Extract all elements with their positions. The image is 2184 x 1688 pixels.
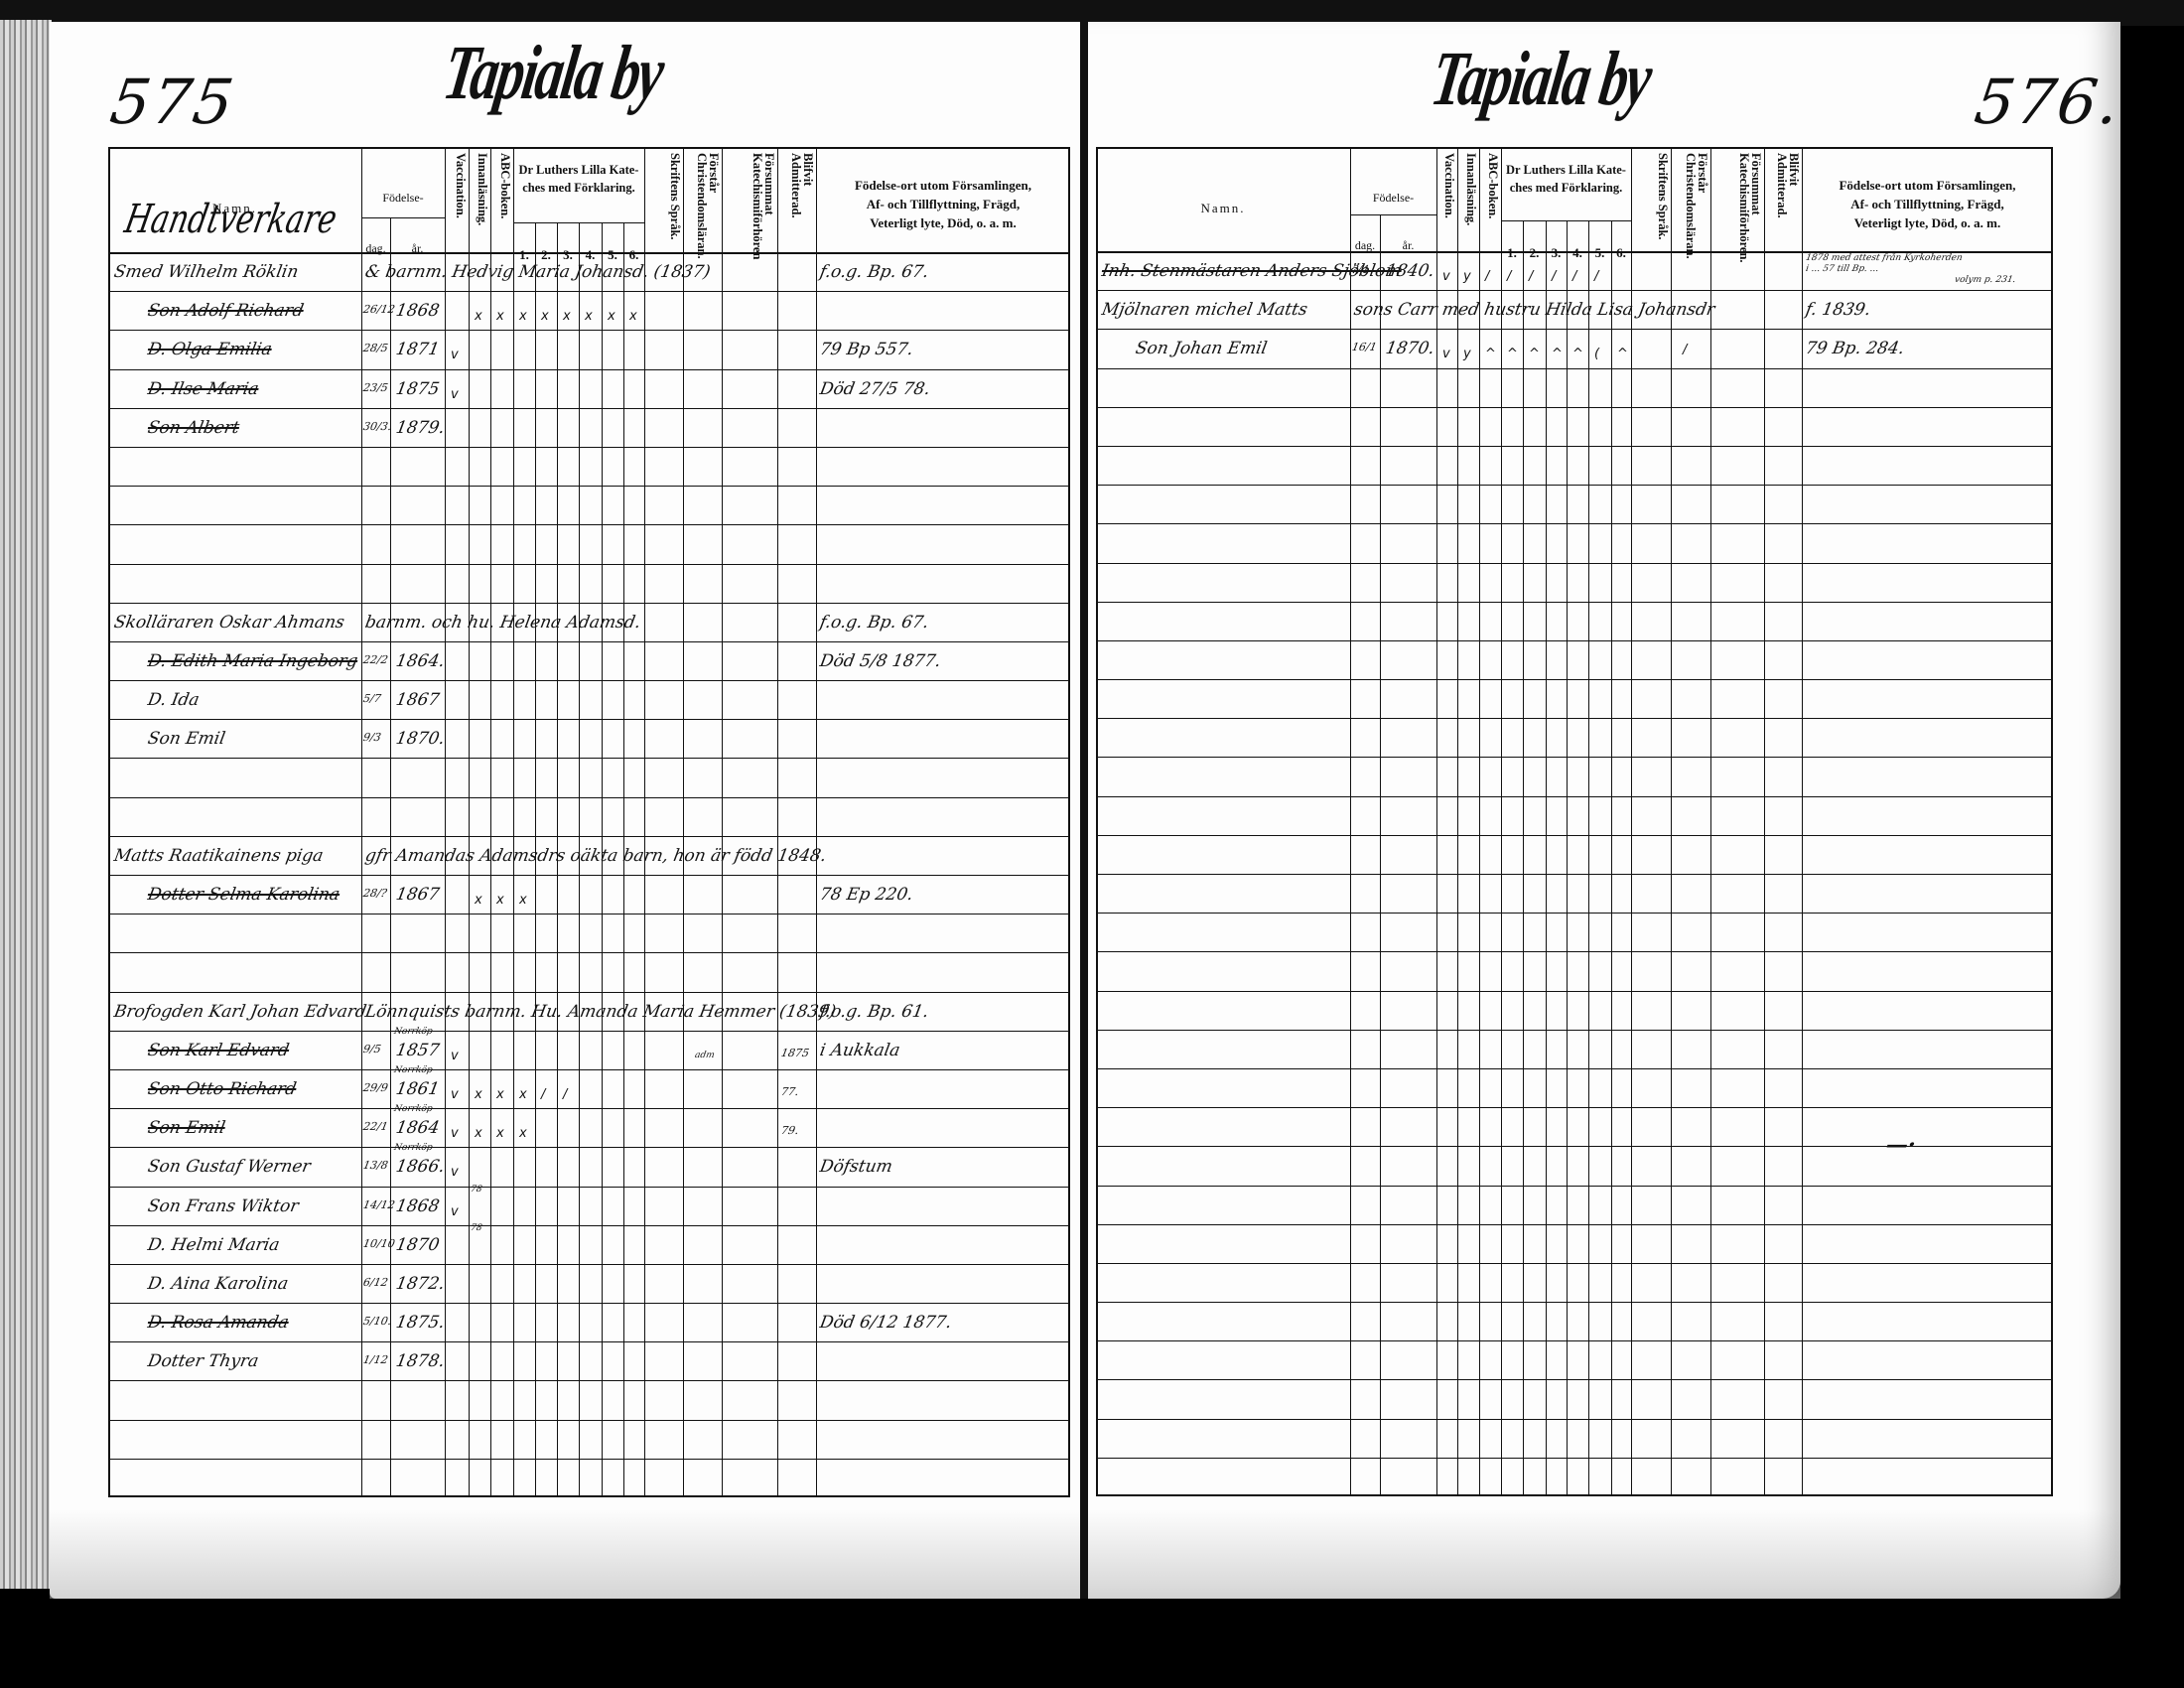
left-entry-name: Brofogden Karl Johan Edvard	[112, 1002, 363, 1022]
right-entry-mark: ^	[1572, 347, 1583, 361]
left-entry-vaccination: v	[451, 1049, 459, 1063]
left-row-line	[108, 1108, 1070, 1109]
left-entry-birth-year: 1866.	[394, 1157, 446, 1177]
left-entry-birth-day: 9/5	[362, 1043, 382, 1055]
right-row-line	[1096, 913, 2053, 914]
left-entry-mark: x	[541, 309, 549, 324]
right-header-remarks: Födelse-ort utom Församlingen,	[1802, 179, 2053, 192]
left-header-scripture: Skriftens Språk.	[648, 153, 681, 248]
left-entry-mark: x	[519, 309, 527, 324]
left-entry-remarks: Död 6/12 1877.	[818, 1313, 953, 1333]
left-column-divider	[777, 147, 778, 1497]
right-column-divider	[1710, 147, 1711, 1496]
left-entry-name: Son Gustaf Werner	[146, 1157, 312, 1177]
right-header-catechism-part: 2.	[1523, 245, 1546, 261]
book-gutter	[1080, 22, 1088, 1599]
left-entry-birth-day: 30/3.	[362, 420, 392, 433]
left-entry-name: D. Rosa Amanda	[146, 1313, 290, 1333]
left-entry-birthplace: Norrköp	[393, 1143, 433, 1153]
left-entry-name: Son Albert	[146, 418, 240, 438]
left-column-divider	[469, 147, 470, 1497]
left-row-line	[108, 680, 1070, 681]
left-header-catechism-part: 6.	[623, 247, 644, 263]
right-entry-remarks: 1878 med attest från Kyrkoherden	[1805, 253, 1963, 263]
left-header-missed: Försummat Katechismiförhören	[726, 153, 775, 248]
left-entry-birth-day: 5/10.	[362, 1315, 392, 1328]
right-row-line	[1096, 1068, 2053, 1069]
right-header-abc: ABC-boken.	[1483, 153, 1499, 247]
left-entry-vaccination: v	[451, 1087, 459, 1102]
right-entry-birth-year: 1870.	[1384, 339, 1435, 358]
right-page-number: 576.	[1971, 66, 2125, 138]
left-entry-vaccination: v	[451, 348, 459, 362]
left-header-remarks: Veterligt lyte, Död, o. a. m.	[816, 216, 1070, 229]
right-birth-subheader-line	[1350, 214, 1436, 215]
right-entry-vaccination: v	[1442, 269, 1450, 284]
left-row-line	[108, 797, 1070, 798]
right-row-line	[1096, 640, 2053, 641]
left-row-line	[108, 992, 1070, 993]
left-entry-birth-year: 1872.	[394, 1274, 446, 1294]
left-entry-birth-year: 1864.	[394, 651, 446, 671]
left-entry-birth-day: 13/8	[362, 1159, 389, 1172]
left-header-catechism-2: ches med Förklaring.	[513, 179, 644, 197]
left-row-line	[108, 1187, 1070, 1188]
left-entry-mark: /	[541, 1087, 545, 1102]
right-column-divider	[1479, 147, 1480, 1496]
left-row-line	[108, 1341, 1070, 1342]
left-entry-reading-note: 78	[470, 1185, 482, 1195]
left-row-line	[108, 486, 1070, 487]
right-header-birth-day: dag.	[1350, 239, 1380, 252]
left-row-line	[108, 719, 1070, 720]
right-row-line	[1096, 796, 2053, 797]
left-entry-birth-day: 5/7	[362, 692, 382, 705]
right-row-line	[1096, 1419, 2053, 1420]
left-entry-remarks: Döfstum	[818, 1157, 893, 1177]
right-header-birth: Födelse-	[1350, 192, 1436, 205]
left-entry-mark: /	[563, 1087, 567, 1102]
left-entry-birth-year: 1864	[394, 1118, 441, 1138]
right-column-divider	[1457, 147, 1458, 1496]
right-header-catechism-part: 3.	[1546, 245, 1567, 261]
left-header-birth: Födelse-	[361, 192, 445, 205]
left-entry-birth-day: 28/5	[362, 342, 389, 354]
right-entry-name: Son Johan Emil	[1134, 339, 1269, 358]
left-entry-mark: x	[475, 309, 482, 324]
right-row-line	[1096, 1379, 2053, 1380]
left-entry-mark: x	[475, 893, 482, 908]
right-entry-mark: /	[1552, 269, 1556, 284]
left-entry-birth-year: 1870	[394, 1235, 441, 1255]
left-row-line	[108, 408, 1070, 409]
left-column-divider	[445, 147, 446, 1497]
right-entry-mark: ^	[1529, 347, 1540, 361]
right-header-scripture: Skriftens Språk.	[1635, 153, 1669, 247]
right-row-line	[1096, 991, 2053, 992]
book-page-edges	[0, 20, 52, 1589]
left-entry-remarks: 79 Bp 557.	[818, 340, 914, 359]
right-row-line	[1096, 1030, 2053, 1031]
left-entry-birth-day: 6/12	[362, 1276, 389, 1289]
left-entry-reading-note: 78	[470, 1223, 482, 1233]
left-entry-birth-day: 10/10	[362, 1237, 396, 1250]
right-header-admitted: Blifvit Admitterad.	[1768, 153, 1800, 247]
right-column-divider	[1631, 147, 1632, 1496]
left-entry-vaccination: v	[451, 1165, 459, 1180]
right-column-divider	[1588, 220, 1589, 1496]
left-entry-name: Smed Wilhelm Röklin	[112, 262, 300, 282]
right-entry-name: Mjölnaren michel Matts	[1100, 300, 1308, 320]
left-entry-birth-year: 1868	[394, 301, 441, 321]
left-header-birth-day: dag.	[361, 242, 390, 255]
left-entry-mark: x	[496, 893, 504, 908]
left-entry-mark: x	[475, 1087, 482, 1102]
left-entry-birth-day: 14/12	[362, 1198, 396, 1211]
left-entry-name: Son Karl Edvard	[146, 1041, 291, 1060]
right-entry-missed: /	[1683, 343, 1687, 357]
left-entry-name: D. Ilse Maria	[146, 379, 260, 399]
left-entry-birth-day: 28/?	[362, 887, 388, 900]
right-row-line	[1096, 523, 2053, 524]
right-row-line	[1096, 1340, 2053, 1341]
left-column-divider	[490, 147, 491, 1497]
right-entry-name: Inh. Stenmästaren Anders Sjöblom	[1100, 261, 1352, 281]
left-entry-birthplace: Norrköp	[393, 1065, 433, 1075]
left-entry-birth-day: 22/1	[362, 1120, 389, 1133]
left-village-title: Tapiala by	[438, 28, 668, 117]
left-row-line	[108, 641, 1070, 642]
left-entry-remarks: Död 27/5 78.	[818, 379, 931, 399]
left-entry-birth-year: 1870.	[394, 729, 446, 749]
left-column-divider	[644, 147, 645, 1497]
left-row-line	[108, 603, 1070, 604]
right-header-birth-year: år.	[1380, 239, 1436, 252]
left-row-line	[108, 447, 1070, 448]
right-entry-remarks: 79 Bp. 284.	[1804, 339, 1906, 358]
right-header-catechism-part: 4.	[1567, 245, 1588, 261]
left-entry-name: D. Aina Karolina	[146, 1274, 290, 1294]
left-entry-name: Son Frans Wiktor	[146, 1196, 300, 1216]
right-header-understands: Förstår Christendomsläran.	[1675, 153, 1708, 247]
right-row-line	[1096, 1107, 2053, 1108]
right-column-divider	[1436, 147, 1437, 1496]
right-entry-mark: ^	[1507, 347, 1518, 361]
right-row-line	[1096, 563, 2053, 564]
right-header-missed: Försummat Katechismiförhören.	[1714, 153, 1762, 247]
left-row-line	[108, 952, 1070, 953]
left-header-admitted: Blifvit Admitterad.	[781, 153, 814, 248]
right-column-divider	[1501, 147, 1502, 1496]
left-entry-birth-year: 1875.	[394, 1313, 446, 1333]
left-entry-mark: x	[629, 309, 637, 324]
left-entry-remarks: Död 5/8 1877.	[818, 651, 942, 671]
left-entry-remarks: i Aukkala	[818, 1041, 901, 1060]
right-entry-mark: ^	[1617, 347, 1628, 361]
left-entry-birth-day: 23/5	[362, 381, 389, 394]
left-header-birth-year: år.	[390, 242, 445, 255]
left-row-line	[108, 836, 1070, 837]
right-entry-mark: (	[1594, 347, 1599, 361]
left-entry-birth-year: 1861	[394, 1079, 441, 1099]
left-header-remarks: Födelse-ort utom Församlingen,	[816, 179, 1070, 192]
left-entry-birth-year: 1878.	[394, 1351, 446, 1371]
right-entry-mark: ^	[1552, 347, 1563, 361]
left-entry-continuation: gfr Amandas Adamsdrs oäkta barn, hon är …	[363, 846, 828, 866]
left-entry-birth-year: 1867	[394, 885, 441, 905]
right-entry-mark: /	[1572, 269, 1576, 284]
right-column-divider	[1764, 147, 1765, 1496]
left-row-line	[108, 564, 1070, 565]
left-header-remarks: Af- och Tillflyttning, Frägd,	[816, 198, 1070, 211]
right-row-line	[1096, 1186, 2053, 1187]
right-header-catechism-1: Dr Luthers Lilla Kate-	[1501, 161, 1631, 179]
right-row-line	[1096, 757, 2053, 758]
left-header-abc: ABC-boken.	[494, 153, 511, 248]
right-entry-mark: ^	[1485, 347, 1496, 361]
right-entry-birth-day: 16/1	[1351, 341, 1378, 353]
right-column-divider	[1671, 147, 1672, 1496]
left-row-line	[108, 1031, 1070, 1032]
right-row-line	[1096, 446, 2053, 447]
left-entry-birth-day: 9/3	[362, 731, 382, 744]
left-column-divider	[722, 147, 723, 1497]
right-row-line	[1096, 874, 2053, 875]
left-entry-birth-day: 29/9	[362, 1081, 389, 1094]
left-header-catechism-part: 5.	[602, 247, 623, 263]
left-column-divider	[816, 147, 817, 1497]
left-entry-birth-year: 1879.	[394, 418, 446, 438]
left-entry-name: Skolläraren Oskar Ahmans	[112, 613, 345, 633]
right-header-name: Namn.	[1096, 202, 1350, 214]
right-row-line	[1096, 718, 2053, 719]
right-column-divider	[1611, 220, 1612, 1496]
left-row-line	[108, 291, 1070, 292]
right-catechism-subheader-line	[1501, 220, 1631, 221]
right-column-divider	[1523, 220, 1524, 1496]
left-entry-birth-year: 1875	[394, 379, 441, 399]
left-entry-vaccination: v	[451, 1126, 459, 1141]
left-entry-admitted: 77.	[780, 1085, 800, 1098]
left-entry-name: Son Emil	[146, 1118, 226, 1138]
right-header-remarks: Veterligt lyte, Död, o. a. m.	[1802, 216, 2053, 229]
left-entry-birthplace: Norrköp	[393, 1104, 433, 1114]
right-row-line	[1096, 679, 2053, 680]
right-entry-remarks: volym p. 231.	[1954, 275, 2016, 285]
left-column-divider	[513, 147, 514, 1497]
left-entry-birth-year: 1867	[394, 690, 441, 710]
left-row-line	[108, 1303, 1070, 1304]
left-entry-mark: x	[496, 1087, 504, 1102]
left-entry-name: Son Adolf Richard	[146, 301, 305, 321]
left-entry-name: D. Helmi Maria	[146, 1235, 281, 1255]
left-row-line	[108, 1225, 1070, 1226]
right-entry-reading: y	[1463, 269, 1471, 284]
left-entry-birth-year: 1871	[394, 340, 441, 359]
right-entry-remarks: i ... 57 till Bp. ...	[1805, 264, 1879, 274]
left-entry-admitted: 1875	[780, 1047, 810, 1059]
left-entry-birth-day: 1/12	[362, 1353, 389, 1366]
right-header-catechism-part: 5.	[1588, 245, 1611, 261]
left-row-line	[108, 875, 1070, 876]
right-row-line	[1096, 1458, 2053, 1459]
left-entry-admitted: 79.	[780, 1124, 800, 1137]
left-page-number: 575	[106, 66, 240, 138]
right-entry-birth-day: ?/4	[1351, 263, 1370, 276]
right-column-divider	[1546, 220, 1547, 1496]
right-row-line	[1096, 835, 2053, 836]
left-entry-mark: x	[496, 1126, 504, 1141]
left-entry-remarks: f.o.g. Bp. 67.	[818, 613, 930, 633]
left-row-line	[108, 524, 1070, 525]
right-header-remarks: Af- och Tillflyttning, Frägd,	[1802, 198, 2053, 211]
left-entry-birth-year: 1868	[394, 1196, 441, 1216]
left-entry-name: Dotter Selma Karolina	[146, 885, 341, 905]
right-entry-continuation: sons Carr med hustru Hilda Lisa Johansdr	[1352, 300, 1716, 320]
left-entry-mark: x	[585, 309, 593, 324]
right-row-line	[1096, 951, 2053, 952]
left-entry-mark: x	[496, 309, 504, 324]
right-entry-mark: /	[1485, 269, 1489, 284]
left-entry-birthplace: Norrköp	[393, 1027, 433, 1037]
right-header-reading: Innanläsning.	[1461, 153, 1477, 247]
left-catechism-subheader-line	[513, 222, 644, 223]
right-row-line	[1096, 1302, 2053, 1303]
right-row-line	[1096, 1224, 2053, 1225]
left-entry-name: Dotter Thyra	[146, 1351, 260, 1371]
right-row-line	[1096, 290, 2053, 291]
left-entry-mark: x	[519, 893, 527, 908]
right-row-line	[1096, 1263, 2053, 1264]
left-entry-mark: x	[608, 309, 615, 324]
right-header-catechism-part: 6.	[1611, 245, 1631, 261]
right-village-title: Tapiala by	[1426, 34, 1656, 123]
left-row-line	[108, 1147, 1070, 1148]
left-row-line	[108, 1459, 1070, 1460]
left-entry-birth-day: 22/2	[362, 653, 389, 666]
left-entry-mark: x	[519, 1087, 527, 1102]
left-entry-name: Matts Raatikainens piga	[112, 846, 325, 866]
left-header-catechism-part: 1.	[513, 247, 535, 263]
left-entry-continuation: & barnm. Hedvig Maria Johansd. (1837)	[363, 262, 712, 282]
right-row-line	[1096, 407, 2053, 408]
left-entry-name: D. Edith Maria Ingeborg	[146, 651, 359, 671]
right-header-catechism-2: ches med Förklaring.	[1501, 179, 1631, 197]
left-birth-subheader-line	[361, 217, 445, 218]
left-row-line	[108, 330, 1070, 331]
right-entry-mark: /	[1507, 269, 1511, 284]
right-entry-birth-year: 1840.	[1384, 261, 1435, 281]
left-header-reading: Innanläsning.	[473, 153, 488, 248]
left-row-line	[108, 914, 1070, 914]
left-entry-birth-year: 1857	[394, 1041, 441, 1060]
left-entry-remarks: 78 Ep 220.	[818, 885, 914, 905]
left-row-line	[108, 1264, 1070, 1265]
left-row-line	[108, 1380, 1070, 1381]
right-column-divider	[1802, 147, 1803, 1496]
left-entry-continuation: barnm. och hu. Helena Adamsd.	[363, 613, 642, 633]
right-header-catechism-part: 1.	[1501, 245, 1523, 261]
right-row-line	[1096, 329, 2053, 330]
left-entry-remarks: f.o.g. Bp. 61.	[818, 1002, 930, 1022]
left-row-line	[108, 369, 1070, 370]
left-header-catechism-1: Dr Luthers Lilla Kate-	[513, 161, 644, 179]
left-entry-name: Son Otto Richard	[146, 1079, 298, 1099]
right-entry-mark: /	[1529, 269, 1533, 284]
left-row-line	[108, 1420, 1070, 1421]
left-column-divider	[683, 147, 684, 1497]
right-row-line	[1096, 485, 2053, 486]
right-row-line	[1096, 368, 2053, 369]
left-entry-vaccination: v	[451, 387, 459, 402]
right-entry-reading: y	[1463, 347, 1471, 361]
right-row-line	[1096, 602, 2053, 603]
left-header-catechism-part: 3.	[557, 247, 579, 263]
left-header-vaccination: Vaccination.	[449, 153, 467, 248]
left-entry-mark: x	[519, 1126, 527, 1141]
left-entry-name: Son Emil	[146, 729, 226, 749]
right-entry-remarks: f. 1839.	[1804, 300, 1872, 320]
left-header-catechism-part: 4.	[579, 247, 602, 263]
left-entry-vaccination: v	[451, 1204, 459, 1219]
section-heading-handtverkare: Handtverkare	[121, 197, 341, 242]
right-column-divider	[1567, 220, 1568, 1496]
right-entry-vaccination: v	[1442, 347, 1450, 361]
stray-pen-mark: —·	[1884, 1132, 1918, 1158]
left-row-line	[108, 758, 1070, 759]
left-entry-mark: x	[475, 1126, 482, 1141]
left-entry-name: D. Ida	[146, 690, 201, 710]
left-entry-mark: x	[563, 309, 571, 324]
right-entry-mark: /	[1594, 269, 1598, 284]
left-header-catechism-part: 2.	[535, 247, 557, 263]
left-header-understands: Förstår Christendomsläran.	[687, 153, 720, 248]
left-row-line	[108, 1069, 1070, 1070]
left-entry-remarks: f.o.g. Bp. 67.	[818, 262, 930, 282]
right-header-vaccination: Vaccination.	[1440, 153, 1455, 247]
left-entry-note: adm	[694, 1051, 715, 1060]
left-entry-birth-day: 26/12	[362, 303, 396, 316]
left-entry-continuation: Lönnquists barnm. Hu. Amanda Maria Hemme…	[363, 1002, 837, 1022]
left-entry-name: D. Olga Emilia	[146, 340, 273, 359]
